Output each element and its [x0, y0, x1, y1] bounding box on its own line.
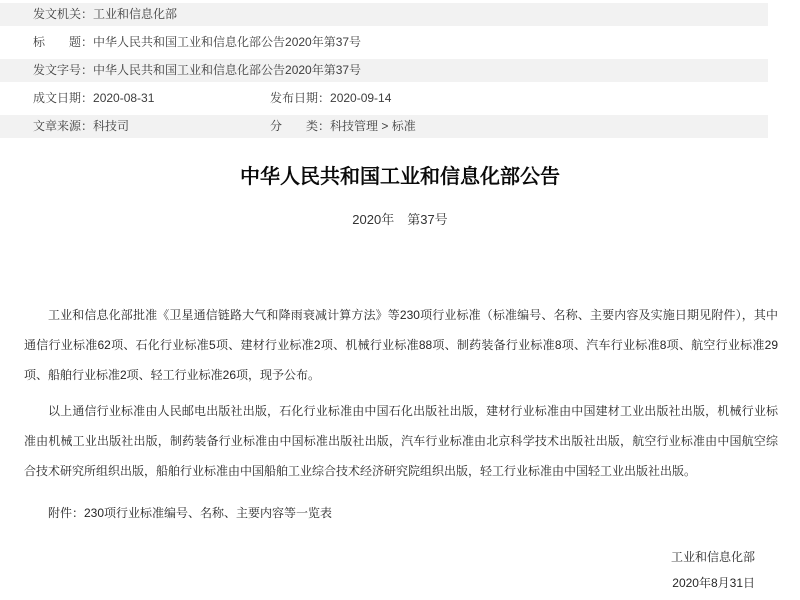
- meta-row-dates: 成文日期：2020-08-31 发布日期：2020-09-14: [0, 87, 768, 110]
- meta-cell: 发文字号：中华人民共和国工业和信息化部公告2020年第37号: [0, 59, 361, 82]
- meta-label-source: 文章来源：: [33, 119, 93, 133]
- meta-row-issuing-agency: 发文机关：工业和信息化部: [0, 3, 768, 26]
- meta-value-title: 中华人民共和国工业和信息化部公告2020年第37号: [93, 35, 361, 49]
- meta-value-publish-date: 2020-09-14: [330, 91, 391, 105]
- meta-label-issuing-agency: 发文机关：: [33, 7, 93, 21]
- meta-value-document-number: 中华人民共和国工业和信息化部公告2020年第37号: [93, 63, 361, 77]
- meta-row-source-category: 文章来源：科技司 分 类：科技管理 > 标准: [0, 115, 768, 138]
- meta-value-issuing-agency: 工业和信息化部: [93, 7, 177, 21]
- document-meta-table: 发文机关：工业和信息化部 标 题：中华人民共和国工业和信息化部公告2020年第3…: [0, 0, 800, 138]
- meta-cell-written-date: 成文日期：2020-08-31: [0, 87, 270, 110]
- signature-block: 工业和信息化部 2020年8月31日: [24, 544, 778, 596]
- meta-label-category: 分 类：: [270, 119, 330, 133]
- meta-cell-source: 文章来源：科技司: [0, 115, 270, 138]
- signature-agency-name: 工业和信息化部: [24, 544, 755, 570]
- meta-row-document-number: 发文字号：中华人民共和国工业和信息化部公告2020年第37号: [0, 59, 768, 82]
- meta-label-title: 标 题：: [33, 35, 93, 49]
- document-page: 发文机关：工业和信息化部 标 题：中华人民共和国工业和信息化部公告2020年第3…: [0, 0, 800, 600]
- announcement-content: 工业和信息化部批准《卫星通信链路大气和降雨衰减计算方法》等230项行业标准（标准…: [0, 300, 800, 596]
- meta-cell-category: 分 类：科技管理 > 标准: [270, 115, 768, 138]
- signature-date: 2020年8月31日: [24, 570, 755, 596]
- attachment-line: 附件：230项行业标准编号、名称、主要内容等一览表: [24, 498, 778, 528]
- meta-label-written-date: 成文日期：: [33, 91, 93, 105]
- announcement-title: 中华人民共和国工业和信息化部公告: [0, 160, 800, 189]
- announcement-article: 中华人民共和国工业和信息化部公告 2020年 第37号 工业和信息化部批准《卫星…: [0, 160, 800, 596]
- meta-cell: 发文机关：工业和信息化部: [0, 3, 177, 26]
- meta-row-title: 标 题：中华人民共和国工业和信息化部公告2020年第37号: [0, 31, 768, 54]
- meta-label-publish-date: 发布日期：: [270, 91, 330, 105]
- meta-value-source: 科技司: [93, 119, 129, 133]
- paragraph-standards-approval: 工业和信息化部批准《卫星通信链路大气和降雨衰减计算方法》等230项行业标准（标准…: [24, 300, 778, 390]
- meta-value-category-breadcrumb: 科技管理 > 标准: [330, 119, 416, 133]
- meta-label-document-number: 发文字号：: [33, 63, 93, 77]
- announcement-issue-number: 2020年 第37号: [0, 209, 800, 228]
- paragraph-publishers: 以上通信行业标准由人民邮电出版社出版，石化行业标准由中国石化出版社出版，建材行业…: [24, 396, 778, 486]
- meta-cell-publish-date: 发布日期：2020-09-14: [270, 87, 768, 110]
- meta-cell: 标 题：中华人民共和国工业和信息化部公告2020年第37号: [0, 31, 361, 54]
- meta-value-written-date: 2020-08-31: [93, 91, 154, 105]
